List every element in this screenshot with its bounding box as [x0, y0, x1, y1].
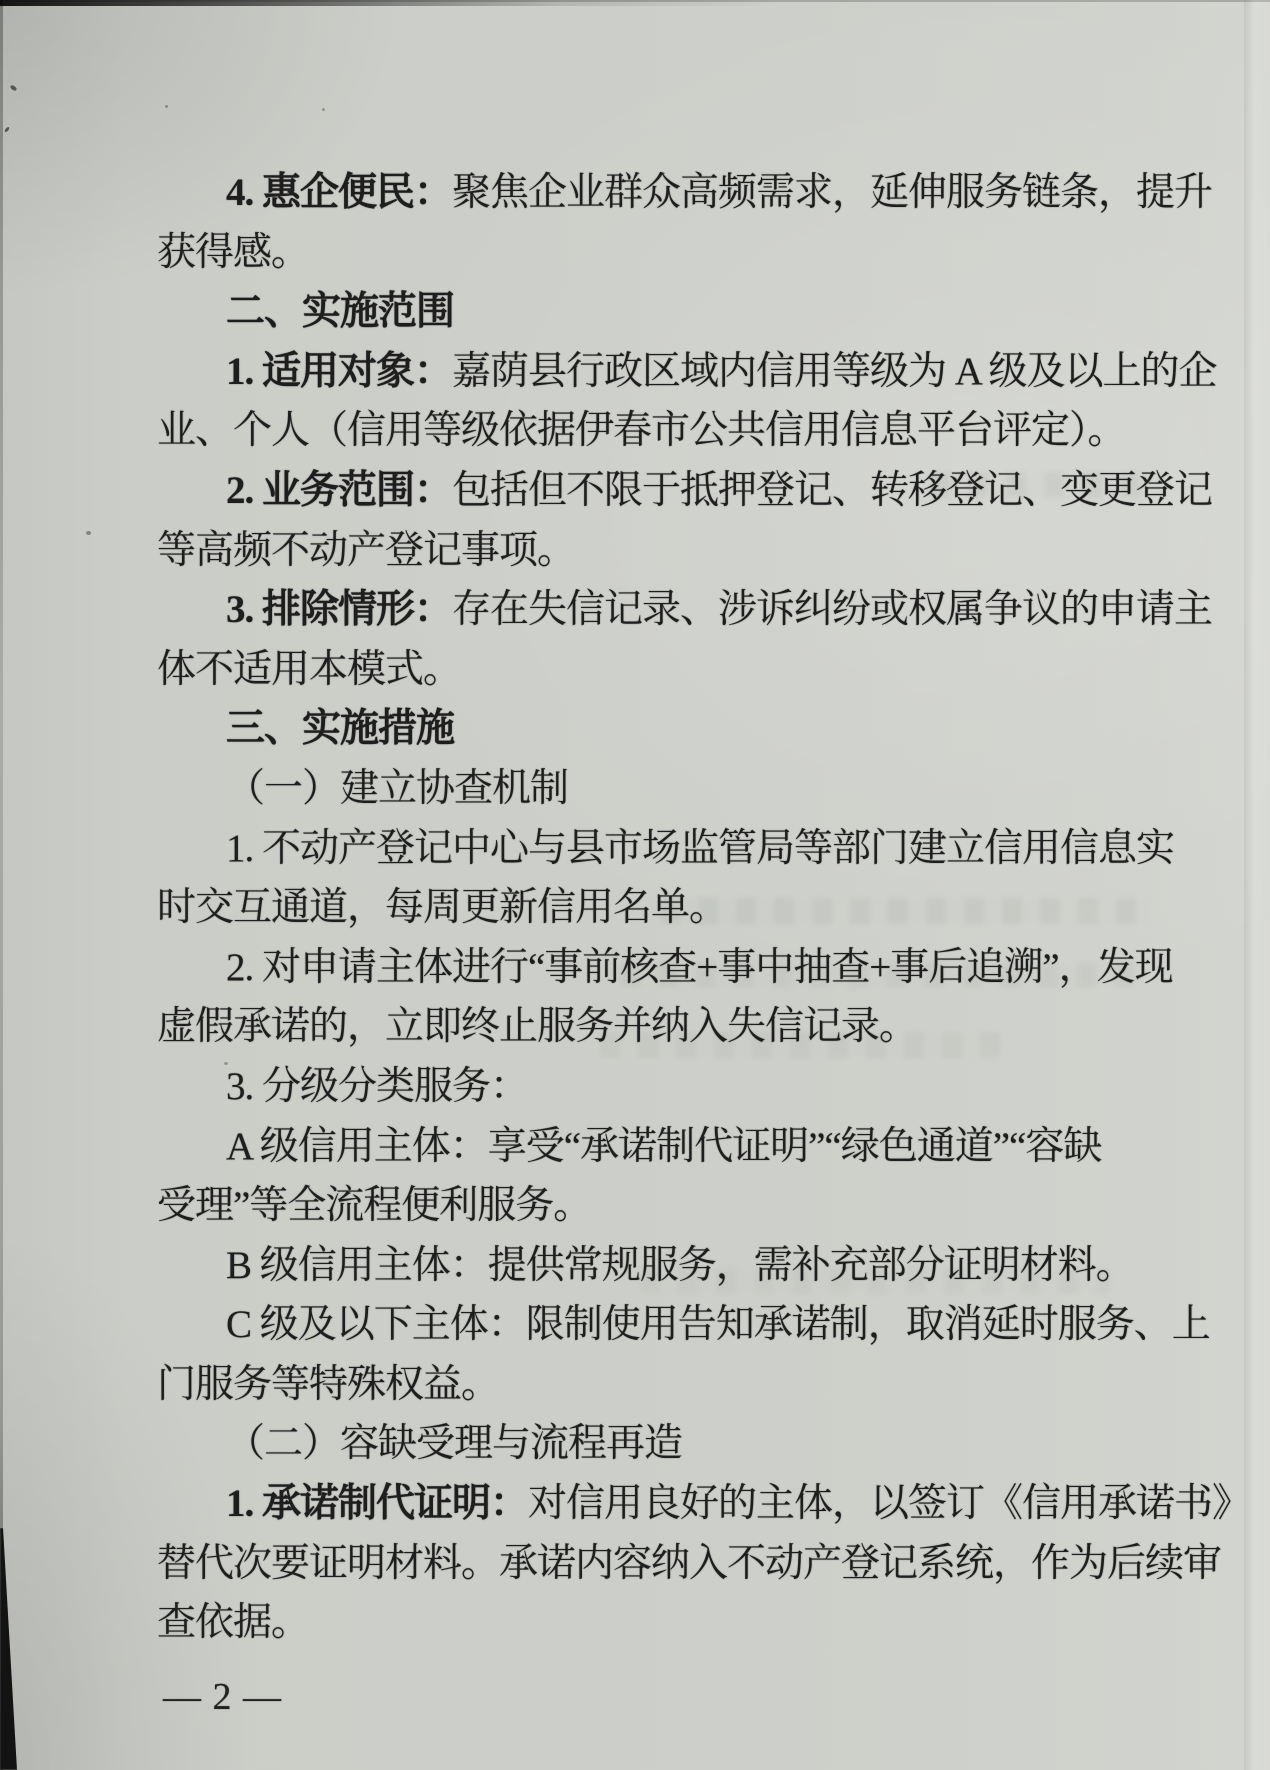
text-line: 业、个人（信用等级依据伊春市公共信用信息平台评定）。 [157, 401, 1257, 461]
text-line: 体不适用本模式。 [157, 640, 1257, 700]
text-line: 门服务等特殊权益。 [157, 1355, 1257, 1415]
text-line: 3. 分级分类服务： [157, 1057, 1257, 1117]
scan-speck [165, 105, 168, 108]
text-line: 3. 排除情形：存在失信记录、涉诉纠纷或权属争议的申请主 [157, 580, 1257, 640]
scan-left-corner-shadow [0, 1528, 20, 1770]
text-line-heading: 1. 承诺制代证明： [226, 1482, 528, 1525]
page-number: — 2 — [163, 1672, 282, 1722]
text-line: 受理”等全流程便利服务。 [157, 1176, 1257, 1236]
text-line-heading: 三、实施措施 [226, 707, 454, 750]
document-body: 4. 惠企便民：聚焦企业群众高频需求，延伸服务链条，提升获得感。二、实施范围1.… [157, 163, 1257, 1653]
text-line-heading: 1. 适用对象： [226, 350, 452, 393]
scan-speck [86, 531, 91, 535]
text-line: 2. 对申请主体进行“事前核查+事中抽查+事后追溯”，发现 [157, 938, 1257, 998]
text-line: 替代次要证明材料。承诺内容纳入不动产登记系统，作为后续审 [157, 1534, 1257, 1594]
text-line: C 级及以下主体：限制使用告知承诺制，取消延时服务、上 [157, 1295, 1257, 1355]
text-line: 1. 适用对象：嘉荫县行政区域内信用等级为 A 级及以上的企 [157, 342, 1257, 402]
text-line: 4. 惠企便民：聚焦企业群众高频需求，延伸服务链条，提升 [157, 163, 1257, 223]
scan-speck [9, 84, 17, 91]
text-line: 1. 承诺制代证明：对信用良好的主体，以签订《信用承诺书》 [157, 1474, 1257, 1534]
text-line: 三、实施措施 [157, 699, 1257, 759]
text-line-heading: 4. 惠企便民： [226, 171, 452, 214]
scan-top-shadow [0, 0, 780, 6]
text-line: 获得感。 [157, 223, 1257, 283]
scan-speck [4, 126, 10, 133]
text-line: 1. 不动产登记中心与县市场监管局等部门建立信用信息实 [157, 819, 1257, 879]
text-line: （二）容缺受理与流程再造 [157, 1414, 1257, 1474]
text-line: 二、实施范围 [157, 282, 1257, 342]
text-line: 时交互通道，每周更新信用名单。 [157, 878, 1257, 938]
text-line: 等高频不动产登记事项。 [157, 521, 1257, 581]
scan-left-edge [0, 0, 3, 1770]
text-line: B 级信用主体：提供常规服务，需补充部分证明材料。 [157, 1236, 1257, 1296]
text-line: （一）建立协查机制 [157, 759, 1257, 819]
text-line: 虚假承诺的，立即终止服务并纳入失信记录。 [157, 997, 1257, 1057]
text-line: 查依据。 [157, 1593, 1257, 1653]
text-line-heading: 二、实施范围 [226, 290, 454, 333]
text-line-heading: 3. 排除情形： [226, 588, 452, 631]
text-line-heading: 2. 业务范围： [226, 469, 452, 512]
scanned-document-page: 4. 惠企便民：聚焦企业群众高频需求，延伸服务链条，提升获得感。二、实施范围1.… [0, 0, 1270, 1770]
scan-speck [322, 108, 325, 111]
text-line: A 级信用主体：享受“承诺制代证明”“绿色通道”“容缺 [157, 1117, 1257, 1177]
text-line: 2. 业务范围：包括但不限于抵押登记、转移登记、变更登记 [157, 461, 1257, 521]
